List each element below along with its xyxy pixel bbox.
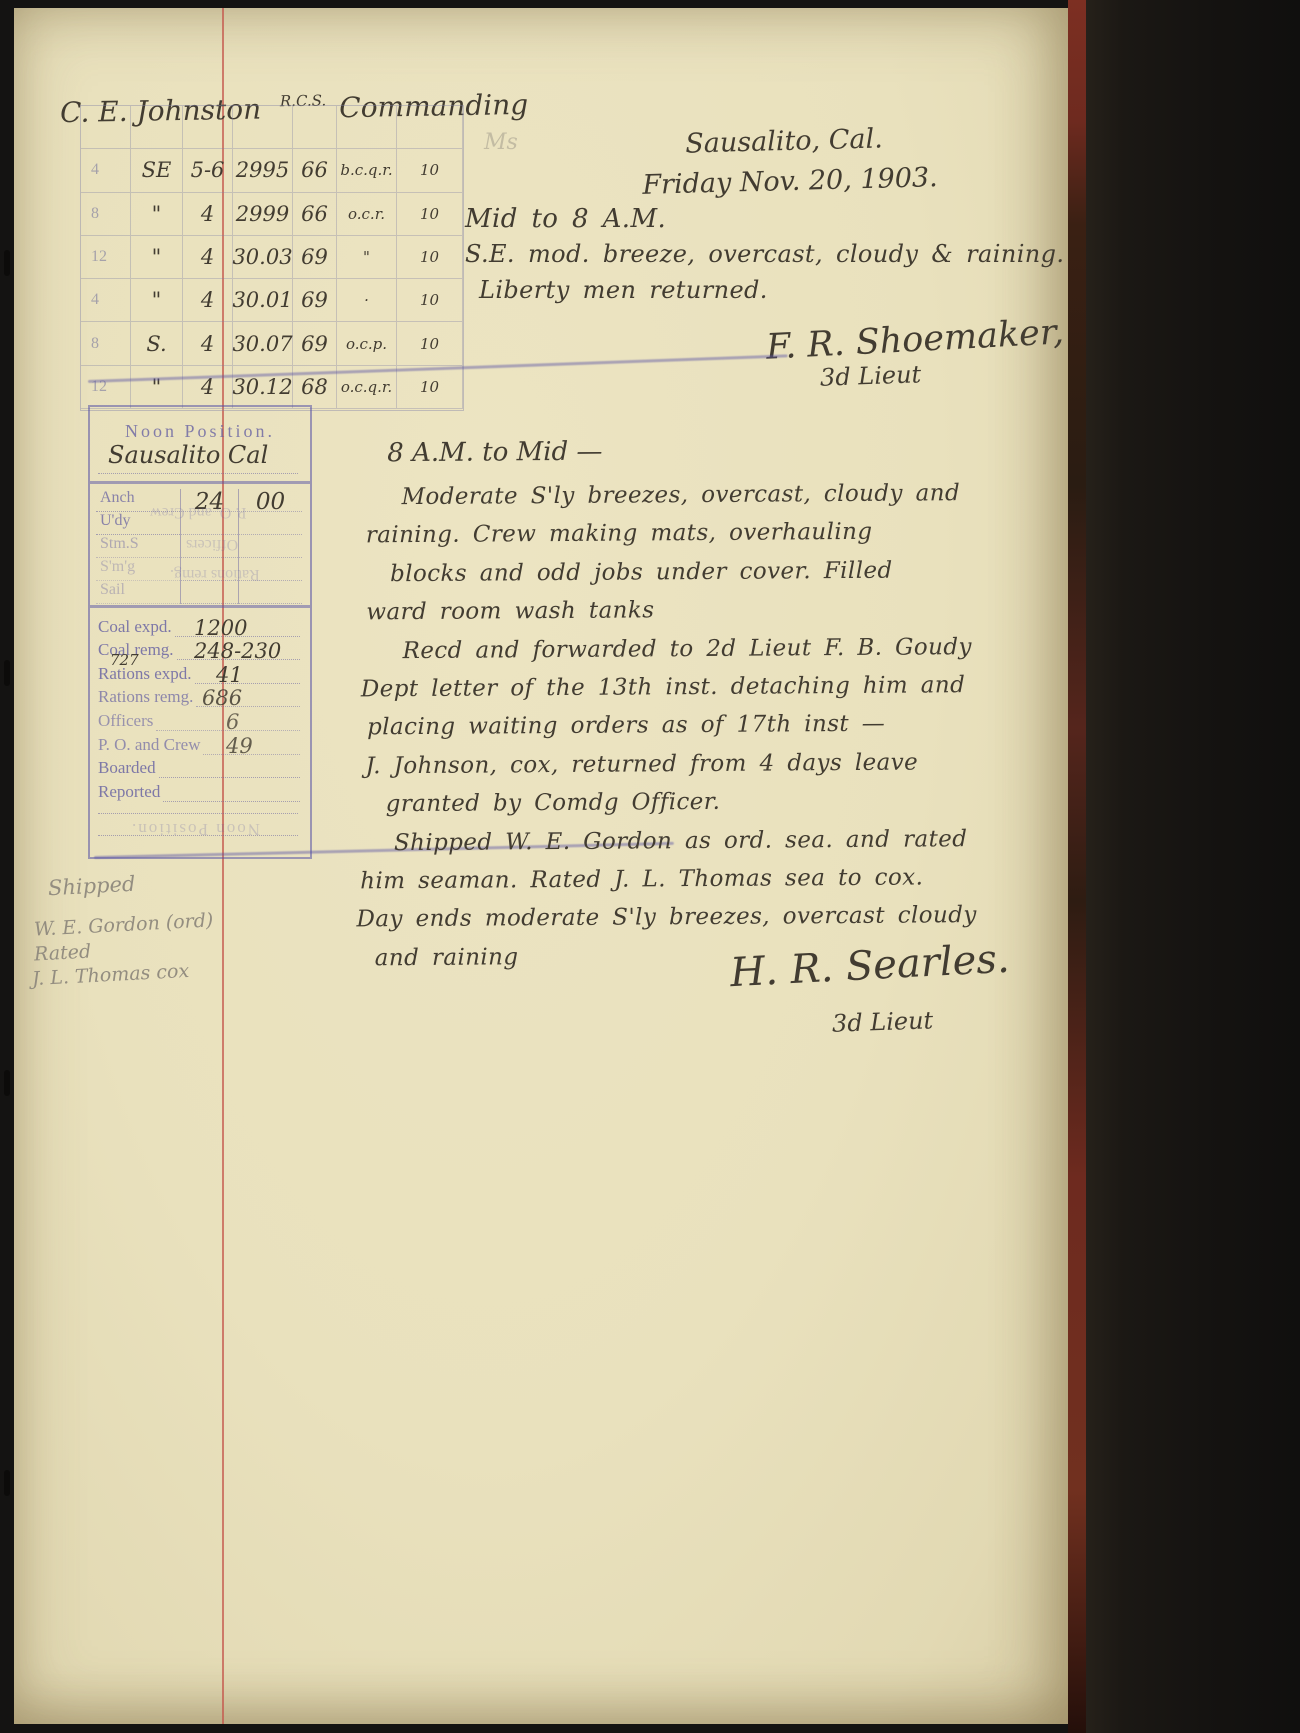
- stamp-pos-v2: [238, 581, 302, 604]
- obs-misc: 10: [397, 149, 463, 192]
- noon-position-stamp: Noon Position. Sausalito Cal Anch 24 00 …: [88, 405, 312, 859]
- stamp-pos-label: S'm'g: [96, 558, 180, 581]
- book-edge-red-leather: [1068, 0, 1086, 1733]
- log-line: Shipped W. E. Gordon as ord. sea. and ra…: [394, 825, 1062, 868]
- log-line: S.E. mod. breeze, overcast, cloudy & rai…: [465, 240, 1065, 276]
- stamp-pos-label: Sail: [96, 581, 180, 604]
- obs-empty-cell: [81, 106, 131, 149]
- obs-misc: 10: [397, 366, 463, 409]
- obs-wind: ": [131, 193, 183, 236]
- stamp-field: P. O. and Crew 49: [98, 731, 300, 755]
- am-log-signature-rank: 3d Lieut: [820, 360, 922, 392]
- obs-empty-cell: [293, 106, 337, 149]
- obs-wind: ": [131, 236, 183, 279]
- stamp-correction: 727: [110, 651, 139, 669]
- binding-stitch: [4, 250, 10, 276]
- obs-wind: SE: [131, 149, 183, 192]
- obs-thermometer: 66: [293, 193, 337, 236]
- stamp-pos-v2: [238, 512, 302, 535]
- obs-barometer: 2995: [233, 149, 293, 192]
- field-label: Reported: [98, 782, 160, 802]
- stamp-pos-v2: 00: [238, 489, 302, 512]
- log-line: Moderate S'ly breezes, overcast, cloudy …: [401, 480, 1059, 523]
- obs-empty-cell: [337, 106, 397, 149]
- log-line: raining. Crew making mats, overhauling: [366, 518, 1060, 561]
- stamp-ghost-title: Noon Position.: [130, 819, 260, 839]
- obs-empty-cell: [183, 106, 233, 149]
- obs-force: 4: [183, 322, 233, 365]
- field-label: Rations remg.: [98, 687, 193, 707]
- obs-barometer: 30.01: [233, 279, 293, 322]
- obs-hour: 4: [81, 279, 131, 322]
- obs-thermometer: 69: [293, 236, 337, 279]
- field-label: Boarded: [98, 758, 156, 778]
- obs-force: 4: [183, 193, 233, 236]
- log-line: him seaman. Rated J. L. Thomas sea to co…: [360, 863, 1062, 906]
- obs-hour: 4: [81, 149, 131, 192]
- am-log-section: Mid to 8 A.M. S.E. mod. breeze, overcast…: [465, 204, 1065, 312]
- stamp-dotted-rule: [98, 473, 298, 474]
- stamp-field: Rations remg. 686: [98, 684, 300, 708]
- obs-barometer: 30.03: [233, 236, 293, 279]
- margin-note: J. L. Thomas cox: [32, 960, 190, 990]
- stamp-field: Coal expd. 1200: [98, 613, 300, 637]
- obs-empty-cell: [233, 106, 293, 149]
- obs-hour: 8: [81, 193, 131, 236]
- obs-wind: ": [131, 366, 183, 409]
- stamp-pos-v1: [180, 581, 238, 604]
- obs-hour: 8: [81, 322, 131, 365]
- stamp-field: Officers 6: [98, 707, 300, 731]
- stamp-rule: [90, 605, 310, 608]
- log-line: Liberty men returned.: [479, 276, 1065, 312]
- field-label: Officers: [98, 711, 153, 731]
- stamp-ghost-label: Rations remg.: [170, 565, 260, 583]
- weather-observation-table: 4 SE 5-6 2995 66 b.c.q.r. 10 8 " 4 2999 …: [80, 105, 464, 411]
- dotted-leader: [163, 801, 300, 802]
- stamp-ghost-label: Officers: [186, 535, 238, 553]
- pm-log-section: 8 A.M. to Mid — Moderate S'ly breezes, o…: [343, 434, 1063, 984]
- obs-misc: 10: [397, 279, 463, 322]
- binding-stitch: [4, 1070, 10, 1096]
- logbook-scan: C. E. Johnston R.C.S. Commanding Ms 4 SE…: [0, 0, 1300, 1733]
- log-line: blocks and odd jobs under cover. Filled: [390, 556, 1060, 599]
- margin-note: W. E. Gordon (ord): [34, 909, 214, 940]
- obs-weather: o.c.p.: [337, 322, 397, 365]
- obs-misc: 10: [397, 193, 463, 236]
- stamp-ghost-label: P. O. and Crew: [150, 503, 246, 521]
- obs-thermometer: 69: [293, 279, 337, 322]
- stamp-fields: Coal expd. 1200 Coal remg. 248-230 727 R…: [98, 613, 300, 802]
- obs-wind: ": [131, 279, 183, 322]
- obs-hour: 12: [81, 366, 131, 409]
- entry-date: Friday Nov. 20, 1903.: [610, 161, 971, 201]
- stamp-pos-label: Stm.S: [96, 535, 180, 558]
- obs-wind: S.: [131, 322, 183, 365]
- binding-stitch: [4, 1470, 10, 1496]
- obs-empty-cell: [131, 106, 183, 149]
- obs-weather: o.c.r.: [337, 193, 397, 236]
- stamp-field: 727 Rations expd. 41: [98, 660, 300, 684]
- log-line: Dept letter of the 13th inst. detaching …: [361, 671, 1061, 714]
- log-line: placing waiting orders as of 17th inst —: [367, 710, 1061, 753]
- log-line: granted by Comdg Officer.: [386, 787, 1062, 830]
- obs-misc: 10: [397, 236, 463, 279]
- field-label: P. O. and Crew: [98, 735, 200, 755]
- pencil-note: Ms: [484, 130, 518, 155]
- obs-force: 4: [183, 236, 233, 279]
- log-line: ward room wash tanks: [366, 595, 1060, 638]
- obs-weather: b.c.q.r.: [337, 149, 397, 192]
- obs-hour: 12: [81, 236, 131, 279]
- stamp-dotted-rule: [98, 813, 298, 814]
- binding-stitch: [4, 660, 10, 686]
- obs-thermometer: 69: [293, 322, 337, 365]
- am-log-heading: Mid to 8 A.M.: [465, 204, 1065, 240]
- stamp-rule: [90, 481, 310, 484]
- obs-thermometer: 66: [293, 149, 337, 192]
- logbook-page: C. E. Johnston R.C.S. Commanding Ms 4 SE…: [14, 8, 1068, 1724]
- obs-force: 4: [183, 366, 233, 409]
- stamp-position-value: Sausalito Cal: [108, 441, 268, 469]
- obs-barometer: 2999: [233, 193, 293, 236]
- margin-note: Shipped: [47, 872, 136, 901]
- stamp-field: Boarded: [98, 755, 300, 779]
- field-label: Coal expd.: [98, 617, 172, 637]
- stamp-pos-v2: [238, 535, 302, 558]
- obs-weather: ·: [337, 279, 397, 322]
- book-background: [1085, 0, 1300, 1733]
- entry-location: Sausalito, Cal.: [614, 122, 955, 162]
- obs-empty-cell: [397, 106, 463, 149]
- log-line: J. Johnson, cox, returned from 4 days le…: [365, 748, 1061, 791]
- log-line: Recd and forwarded to 2d Lieut F. B. Gou…: [402, 633, 1060, 676]
- pm-log-signature-rank: 3d Lieut: [832, 1006, 934, 1038]
- obs-force: 5-6: [183, 149, 233, 192]
- pm-log-heading: 8 A.M. to Mid —: [387, 434, 1059, 485]
- obs-misc: 10: [397, 322, 463, 365]
- obs-barometer: 30.07: [233, 322, 293, 365]
- stamp-field: Reported: [98, 778, 300, 802]
- stamp-title: Noon Position.: [90, 421, 310, 442]
- obs-weather: ": [337, 236, 397, 279]
- obs-force: 4: [183, 279, 233, 322]
- margin-note: Rated: [33, 941, 91, 966]
